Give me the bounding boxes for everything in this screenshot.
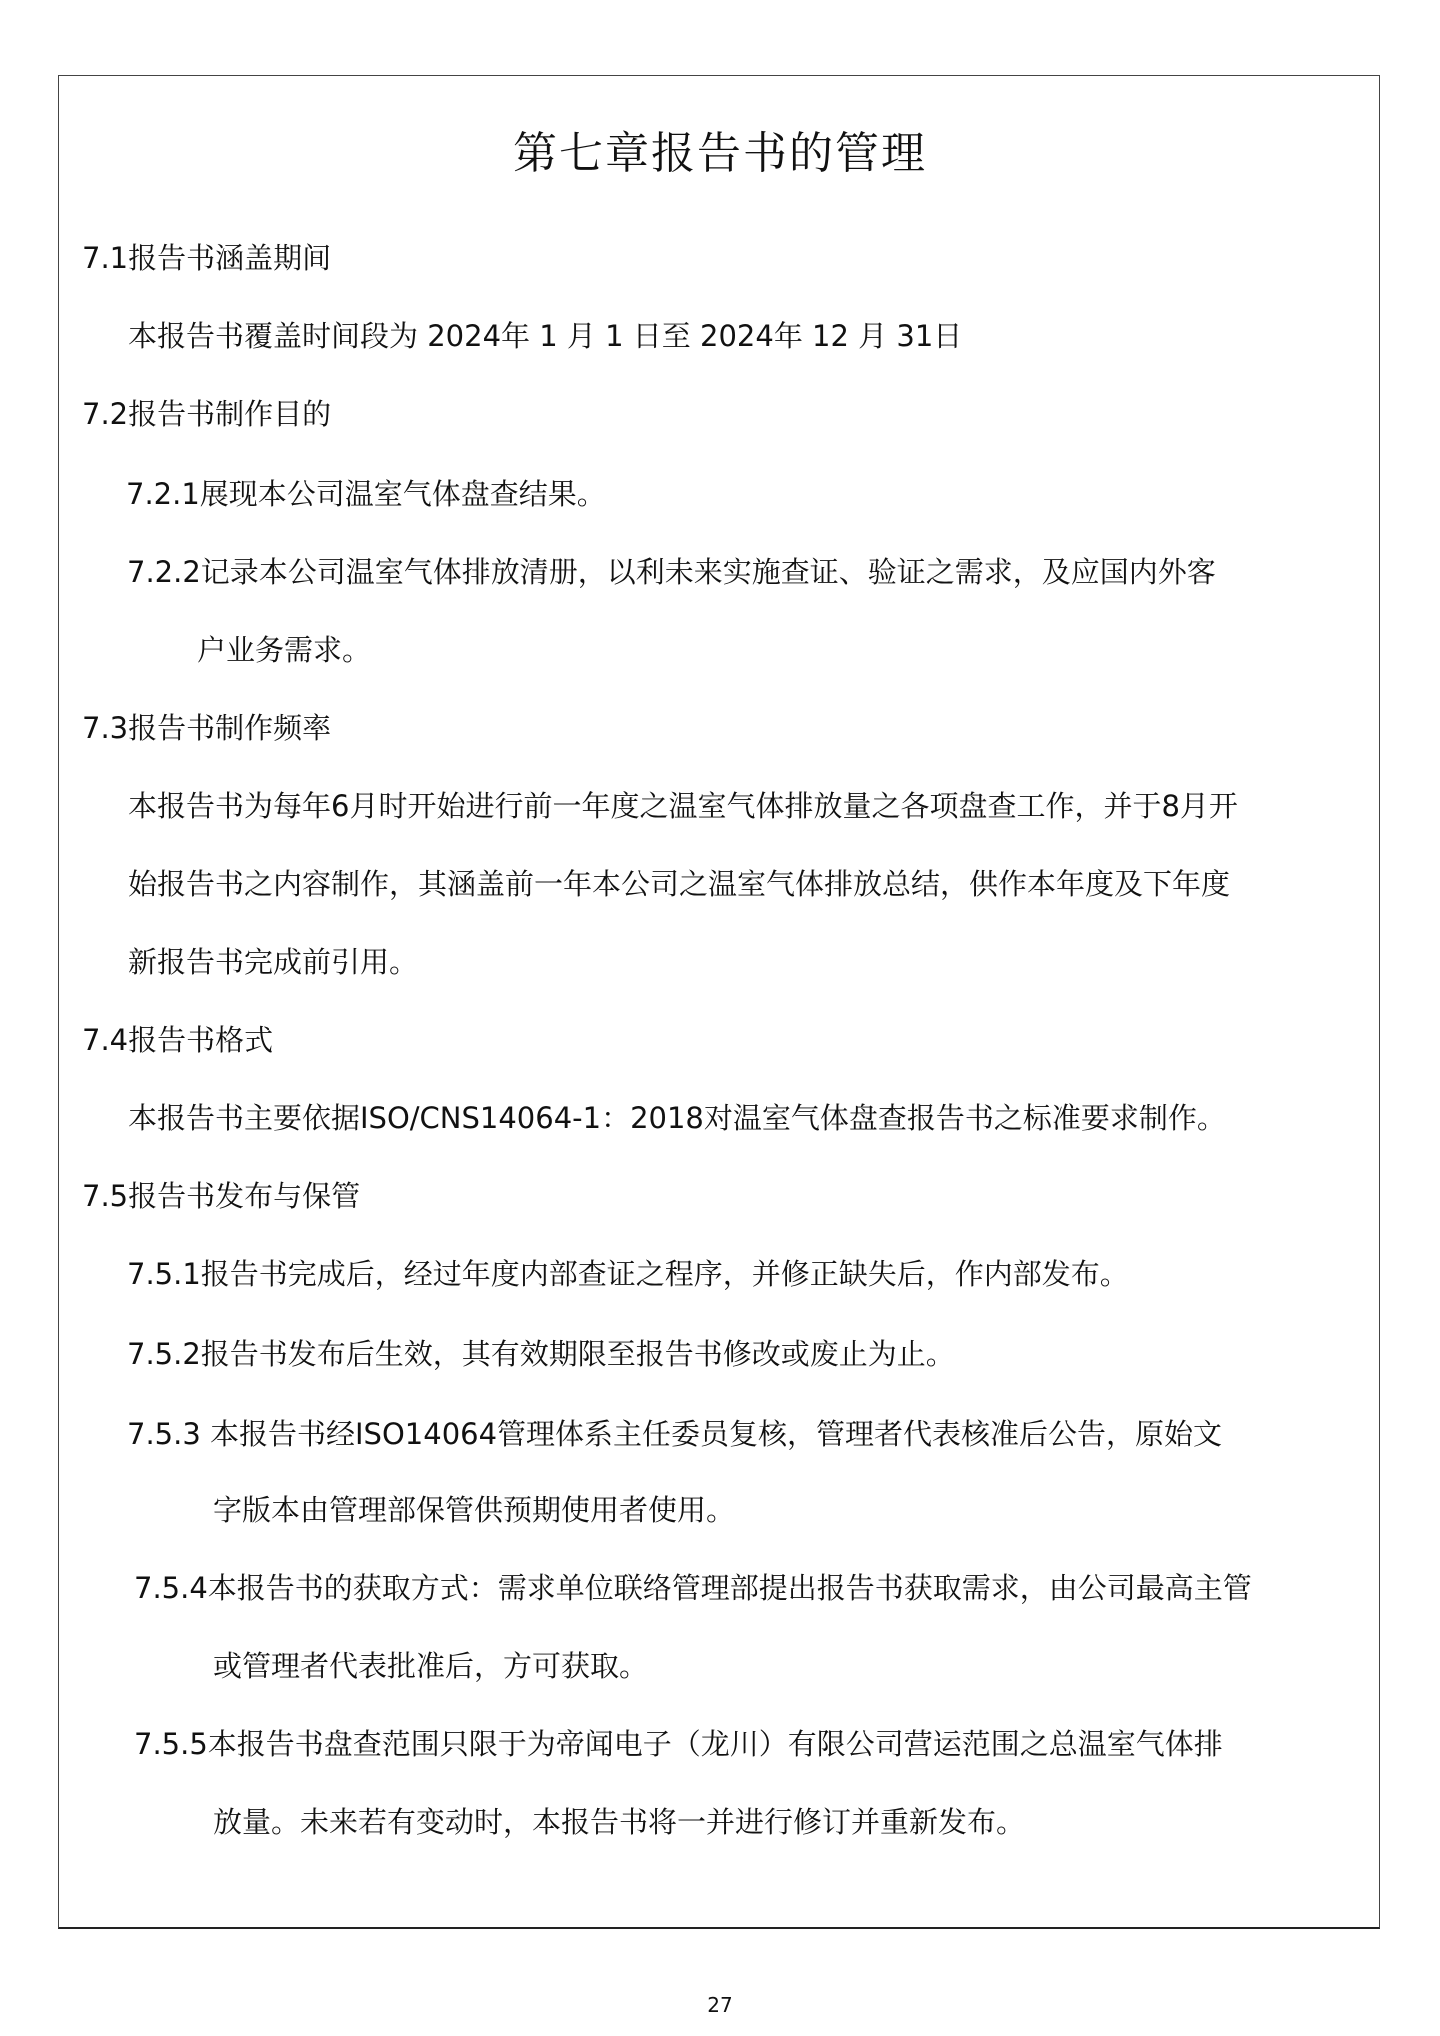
- chapter-title: 第七章报告书的管理: [0, 122, 1440, 186]
- section-heading-7-5: 7.5报告书发布与保管: [82, 1176, 360, 1216]
- item-7-2-1: 7.2.1展现本公司温室气体盘查结果。: [126, 474, 606, 514]
- section-body-7-3-line-1: 本报告书为每年6月时开始进行前一年度之温室气体排放量之各项盘查工作，并于8月开: [128, 786, 1238, 826]
- item-7-2-2-continuation: 户业务需求。: [197, 630, 371, 670]
- page-number: 27: [0, 1992, 1440, 2018]
- item-7-5-3-continuation: 字版本由管理部保管供预期使用者使用。: [213, 1490, 735, 1530]
- section-body-7-1: 本报告书覆盖时间段为 2024年 1 月 1 日至 2024年 12 月 31日: [128, 316, 962, 356]
- item-7-5-1: 7.5.1报告书完成后，经过年度内部查证之程序，并修正缺失后，作内部发布。: [127, 1254, 1129, 1294]
- section-body-7-4: 本报告书主要依据ISO/CNS14064-1：2018对温室气体盘查报告书之标准…: [128, 1098, 1226, 1138]
- section-heading-7-1: 7.1报告书涵盖期间: [82, 238, 331, 278]
- item-7-5-5-continuation: 放量。未来若有变动时，本报告书将一并进行修订并重新发布。: [213, 1802, 1025, 1842]
- section-heading-7-4: 7.4报告书格式: [82, 1020, 273, 1060]
- item-7-5-5: 7.5.5本报告书盘查范围只限于为帝闻电子（龙川）有限公司营运范围之总温室气体排: [134, 1724, 1223, 1764]
- item-7-5-3: 7.5.3 本报告书经ISO14064管理体系主任委员复核，管理者代表核准后公告…: [127, 1414, 1222, 1454]
- item-7-2-2: 7.2.2记录本公司温室气体排放清册，以利未来实施查证、验证之需求，及应国内外客: [127, 552, 1216, 592]
- section-body-7-3-line-3: 新报告书完成前引用。: [128, 942, 418, 982]
- item-7-5-4: 7.5.4本报告书的获取方式：需求单位联络管理部提出报告书获取需求，由公司最高主…: [134, 1568, 1252, 1608]
- section-heading-7-3: 7.3报告书制作频率: [82, 708, 331, 748]
- section-heading-7-2: 7.2报告书制作目的: [82, 394, 331, 434]
- item-7-5-2: 7.5.2报告书发布后生效，其有效期限至报告书修改或废止为止。: [127, 1334, 955, 1374]
- item-7-5-4-continuation: 或管理者代表批准后，方可获取。: [213, 1646, 648, 1686]
- section-body-7-3-line-2: 始报告书之内容制作，其涵盖前一年本公司之温室气体排放总结，供作本年度及下年度: [128, 864, 1230, 904]
